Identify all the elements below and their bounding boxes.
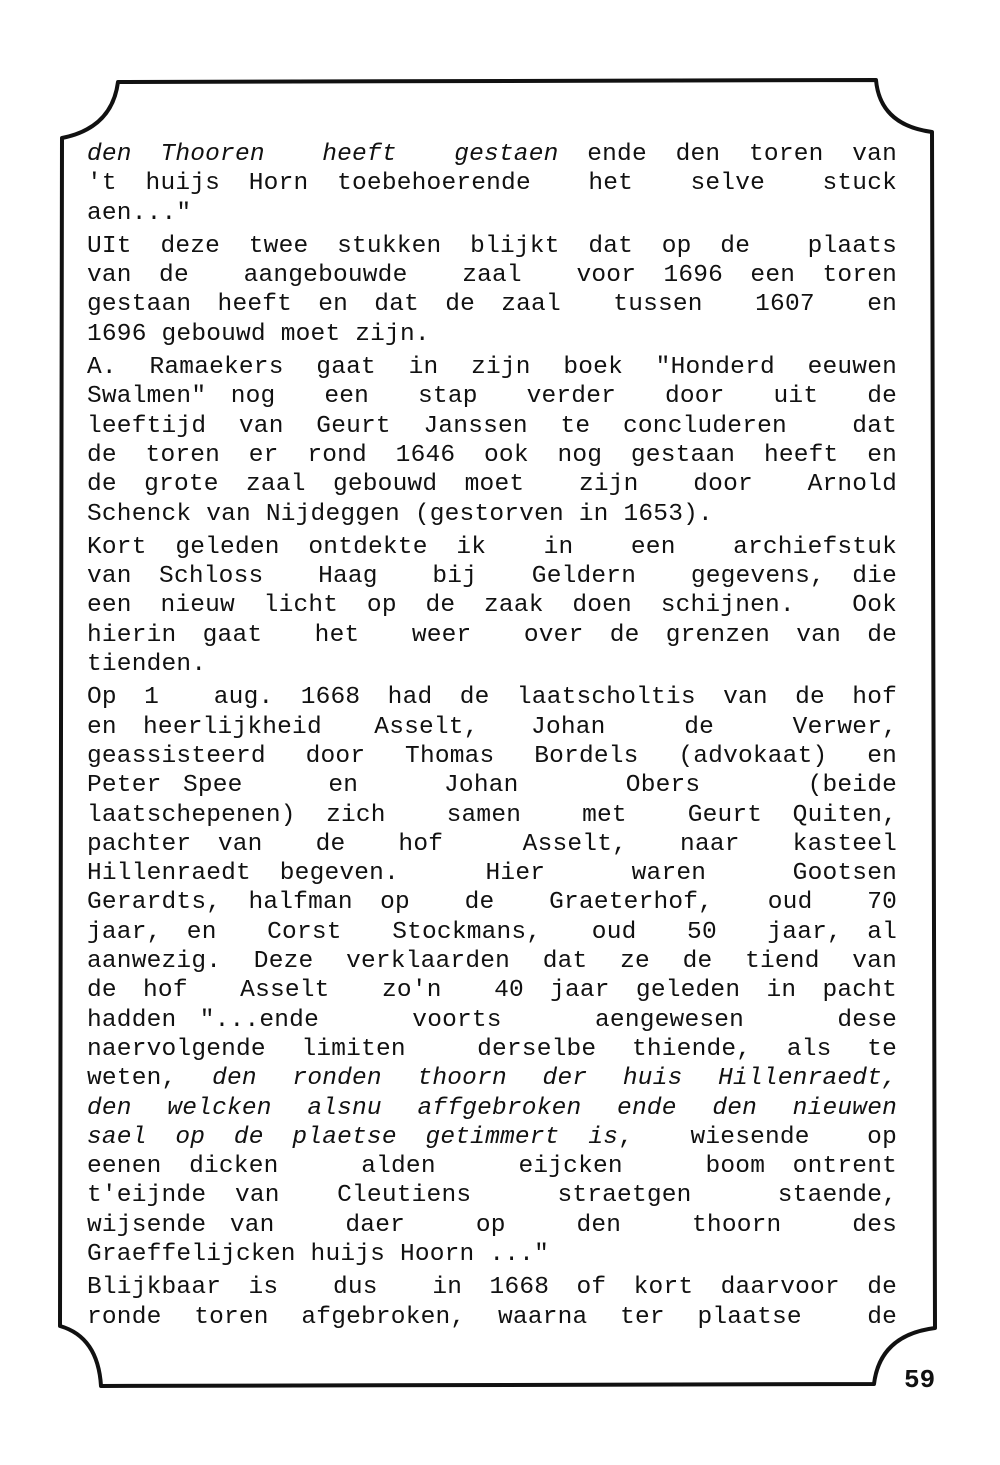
text-line: weten, den ronden thoorn der huis Hillen…: [87, 1064, 897, 1093]
body-text: weten,: [87, 1065, 212, 1092]
text-line: pachter van de hof Asselt, naar kasteel: [87, 830, 897, 859]
body-text: hadden "...ende voorts aengewesen dese: [87, 1007, 897, 1034]
body-text: 't huijs Horn toebehoerende het selve st…: [87, 170, 897, 197]
body-text: de hof Asselt zo'n 40 jaar geleden in pa…: [87, 977, 897, 1004]
text-line: ronde toren afgebroken, waarna ter plaat…: [87, 1303, 897, 1332]
text-line: de toren er rond 1646 ook nog gestaan he…: [87, 441, 897, 470]
page-number: 59: [904, 1365, 935, 1395]
quoted-archive-text: sael op de plaetse getimmert is: [87, 1124, 618, 1151]
body-text: pachter van de hof Asselt, naar kasteel: [87, 831, 897, 858]
text-line: Peter Spee en Johan Obers (beide: [87, 771, 897, 800]
body-text: Graeffelijcken huijs Hoorn ...": [87, 1241, 549, 1268]
body-text: hierin gaat het weer over de grenzen van…: [87, 622, 897, 649]
body-text: van de aangebouwde zaal voor 1696 een to…: [87, 262, 897, 289]
body-text: 1696 gebouwd moet zijn.: [87, 321, 430, 348]
page-body-text: den Thooren heeft gestaen ende den toren…: [87, 140, 897, 1332]
body-text: van Schloss Haag bij Geldern gegevens, d…: [87, 563, 897, 590]
text-line: Blijkbaar is dus in 1668 of kort daarvoo…: [87, 1273, 897, 1302]
body-text: Swalmen" nog een stap verder door uit de: [87, 383, 897, 410]
body-text: tienden.: [87, 651, 206, 678]
body-text: jaar, en Corst Stockmans, oud 50 jaar, a…: [87, 919, 897, 946]
body-text: Peter Spee en Johan Obers (beide: [87, 772, 897, 799]
text-line: Gerardts, halfman op de Graeterhof, oud …: [87, 888, 897, 917]
text-line: Swalmen" nog een stap verder door uit de: [87, 382, 897, 411]
body-text: ende den toren van: [559, 141, 897, 168]
text-line: de grote zaal gebouwd moet zijn door Arn…: [87, 470, 897, 499]
text-line: den Thooren heeft gestaen ende den toren…: [87, 140, 897, 169]
text-line: van Schloss Haag bij Geldern gegevens, d…: [87, 562, 897, 591]
body-text: de toren er rond 1646 ook nog gestaan he…: [87, 442, 897, 469]
body-text: Blijkbaar is dus in 1668 of kort daarvoo…: [87, 1274, 897, 1301]
body-text: en heerlijkheid Asselt, Johan de Verwer,: [87, 714, 897, 741]
body-text: t'eijnde van Cleutiens straetgen staende…: [87, 1182, 897, 1209]
body-text: aanwezig. Deze verklaarden dat ze de tie…: [87, 948, 897, 975]
text-line: aen...": [87, 199, 897, 228]
body-text: naervolgende limiten derselbe thiende, a…: [87, 1036, 897, 1063]
text-line: laatschepenen) zich samen met Geurt Quit…: [87, 801, 897, 830]
text-line: wijsende van daer op den thoorn des: [87, 1211, 897, 1240]
text-line: eenen dicken alden eijcken boom ontrent: [87, 1152, 897, 1181]
body-text: aen...": [87, 200, 191, 227]
text-line: een nieuw licht op de zaak doen schijnen…: [87, 591, 897, 620]
body-text: eenen dicken alden eijcken boom ontrent: [87, 1153, 897, 1180]
quoted-archive-text: den Thooren heeft gestaen: [87, 141, 559, 168]
text-line: 1696 gebouwd moet zijn.: [87, 320, 897, 349]
text-line: Graeffelijcken huijs Hoorn ...": [87, 1240, 897, 1269]
text-line: Op 1 aug. 1668 had de laatscholtis van d…: [87, 683, 897, 712]
body-text: Kort geleden ontdekte ik in een archiefs…: [87, 534, 897, 561]
body-text: Gerardts, halfman op de Graeterhof, oud …: [87, 889, 897, 916]
body-text: leeftijd van Geurt Janssen te concludere…: [87, 413, 897, 440]
body-text: UIt deze twee stukken blijkt dat op de p…: [87, 233, 897, 260]
text-line: den welcken alsnu affgebroken ende den n…: [87, 1094, 897, 1123]
body-text: laatschepenen) zich samen met Geurt Quit…: [87, 802, 897, 829]
text-line: hierin gaat het weer over de grenzen van…: [87, 621, 897, 650]
body-text: Hillenraedt begeven. Hier waren Gootsen: [87, 860, 897, 887]
text-line: de hof Asselt zo'n 40 jaar geleden in pa…: [87, 976, 897, 1005]
body-text: A. Ramaekers gaat in zijn boek "Honderd …: [87, 354, 897, 381]
body-text: wijsende van daer op den thoorn des: [87, 1212, 897, 1239]
text-line: Kort geleden ontdekte ik in een archiefs…: [87, 533, 897, 562]
text-line: 't huijs Horn toebehoerende het selve st…: [87, 169, 897, 198]
body-text: ronde toren afgebroken, waarna ter plaat…: [87, 1304, 897, 1331]
text-line: en heerlijkheid Asselt, Johan de Verwer,: [87, 713, 897, 742]
text-line: gestaan heeft en dat de zaal tussen 1607…: [87, 290, 897, 319]
body-text: de grote zaal gebouwd moet zijn door Arn…: [87, 471, 897, 498]
body-text: een nieuw licht op de zaak doen schijnen…: [87, 592, 897, 619]
text-line: A. Ramaekers gaat in zijn boek "Honderd …: [87, 353, 897, 382]
text-line: aanwezig. Deze verklaarden dat ze de tie…: [87, 947, 897, 976]
body-text: Schenck van Nijdeggen (gestorven in 1653…: [87, 501, 713, 528]
text-line: Hillenraedt begeven. Hier waren Gootsen: [87, 859, 897, 888]
text-line: geassisteerd door Thomas Bordels (advoka…: [87, 742, 897, 771]
body-text: geassisteerd door Thomas Bordels (advoka…: [87, 743, 897, 770]
text-line: jaar, en Corst Stockmans, oud 50 jaar, a…: [87, 918, 897, 947]
text-line: van de aangebouwde zaal voor 1696 een to…: [87, 261, 897, 290]
text-line: Schenck van Nijdeggen (gestorven in 1653…: [87, 500, 897, 529]
text-line: t'eijnde van Cleutiens straetgen staende…: [87, 1181, 897, 1210]
text-line: sael op de plaetse getimmert is, wiesend…: [87, 1123, 897, 1152]
text-line: leeftijd van Geurt Janssen te concludere…: [87, 412, 897, 441]
quoted-archive-text: den welcken alsnu affgebroken ende den n…: [87, 1095, 897, 1122]
text-line: UIt deze twee stukken blijkt dat op de p…: [87, 232, 897, 261]
text-line: naervolgende limiten derselbe thiende, a…: [87, 1035, 897, 1064]
body-text: Op 1 aug. 1668 had de laatscholtis van d…: [87, 684, 897, 711]
text-line: hadden "...ende voorts aengewesen dese: [87, 1006, 897, 1035]
body-text: gestaan heeft en dat de zaal tussen 1607…: [87, 291, 897, 318]
text-line: tienden.: [87, 650, 897, 679]
body-text: , wiesende op: [618, 1124, 897, 1151]
quoted-archive-text: den ronden thoorn der huis Hillenraedt,: [212, 1065, 897, 1092]
